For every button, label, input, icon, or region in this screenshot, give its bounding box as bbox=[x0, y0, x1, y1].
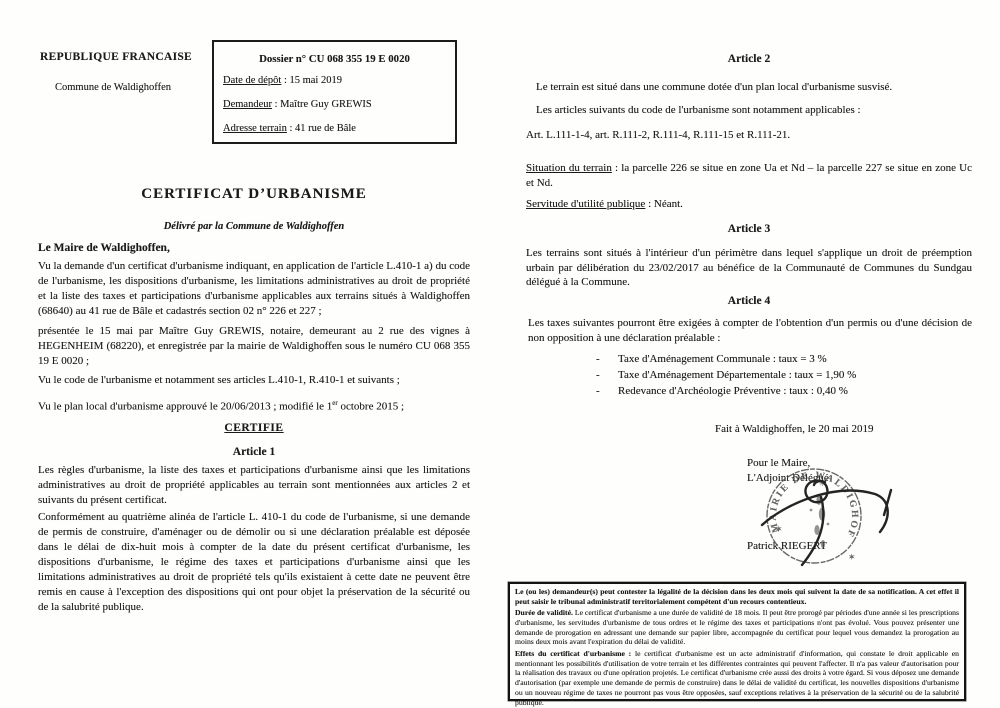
dossier-field-adresse: Adresse terrain : 41 rue de Bâle bbox=[223, 123, 356, 134]
dash-bullet bbox=[596, 351, 618, 367]
tax-item-text: Taxe d'Aménagement Départementale : taux… bbox=[618, 367, 956, 383]
mayor-stamp-and-signature: MAIRIE DE WALDIGHOFFEN ✶ ✶ ✳ bbox=[745, 452, 955, 597]
dossier-field-date-value: : 15 mai 2019 bbox=[281, 75, 342, 86]
legal-validity-text: Le certificat d'urbanisme a une durée de… bbox=[515, 608, 959, 646]
recital-paragraph-3: Vu le code de l'urbanisme et notamment s… bbox=[38, 373, 470, 388]
situation-label: Situation du terrain bbox=[526, 162, 612, 174]
tax-item-text: Taxe d'Aménagement Communale : taux = 3 … bbox=[618, 351, 956, 367]
dossier-number: Dossier n° CU 068 355 19 E 0020 bbox=[214, 53, 455, 65]
dossier-field-adresse-label: Adresse terrain bbox=[223, 123, 287, 134]
stamp-text: MAIRIE DE WALDIGHOFFEN bbox=[745, 452, 859, 540]
recital-4-post: octobre 2015 ; bbox=[338, 401, 404, 413]
tax-list: Taxe d'Aménagement Communale : taux = 3 … bbox=[596, 351, 956, 399]
svg-text:MAIRIE DE WALDIGHOFFEN: MAIRIE DE WALDIGHOFFEN bbox=[745, 452, 859, 540]
dossier-field-adresse-value: : 41 rue de Bâle bbox=[287, 123, 356, 134]
place-date-line: Fait à Waldighoffen, le 20 mai 2019 bbox=[715, 422, 874, 437]
situation-du-terrain: Situation du terrain : la parcelle 226 s… bbox=[526, 161, 972, 190]
article-2-codes: Art. L.111-1-4, art. R.111-2, R.111-4, R… bbox=[526, 128, 972, 143]
legal-effects-paragraph: Effets du certificat d'urbanisme : le ce… bbox=[515, 649, 959, 708]
dossier-field-demandeur-label: Demandeur bbox=[223, 99, 272, 110]
dossier-field-date: Date de dépôt : 15 mai 2019 bbox=[223, 75, 342, 86]
commune-subheading: Commune de Waldighoffen bbox=[55, 80, 171, 95]
round-stamp-icon: MAIRIE DE WALDIGHOFFEN ✶ ✶ ✳ bbox=[745, 452, 861, 563]
tax-item-text: Redevance d'Archéologie Préventive : tau… bbox=[618, 383, 956, 399]
dossier-field-date-label: Date de dépôt bbox=[223, 75, 281, 86]
article-1-heading: Article 1 bbox=[38, 445, 470, 460]
legal-effects-label: Effets du certificat d'urbanisme : bbox=[515, 649, 631, 658]
servitude-value: : Néant. bbox=[645, 198, 683, 210]
article-2-paragraph-2: Les articles suivants du code de l'urban… bbox=[536, 103, 972, 118]
stamp-star-icon: ✶ bbox=[775, 524, 783, 534]
article-3-paragraph-1: Les terrains sont situés à l'intérieur d… bbox=[526, 246, 972, 290]
recital-paragraph-2: présentée le 15 mai par Maître Guy GREWI… bbox=[38, 324, 470, 369]
recital-4-pre: Vu le plan local d'urbanisme approuvé le… bbox=[38, 401, 332, 413]
article-3-heading: Article 3 bbox=[526, 222, 972, 237]
article-1-paragraph-1: Les règles d'urbanisme, la liste des tax… bbox=[38, 463, 470, 508]
salutation: Le Maire de Waldighoffen, bbox=[38, 241, 170, 256]
servitude-label: Servitude d'utilité publique bbox=[526, 198, 645, 210]
recital-paragraph-1: Vu la demande d'un certificat d'urbanism… bbox=[38, 259, 470, 319]
legal-validity-paragraph: Durée de validité. Le certificat d'urban… bbox=[515, 608, 959, 647]
stamp-star-icon: ✶ bbox=[848, 552, 856, 562]
legal-notice-box: Le (ou les) demandeur(s) peut contester … bbox=[508, 582, 966, 701]
article-1-paragraph-2: Conformément au quatrième alinéa de l'ar… bbox=[38, 510, 470, 615]
recital-paragraph-4: Vu le plan local d'urbanisme approuvé le… bbox=[38, 396, 470, 415]
dossier-field-demandeur: Demandeur : Maître Guy GREWIS bbox=[223, 99, 372, 110]
dossier-reference-box: Dossier n° CU 068 355 19 E 0020 Date de … bbox=[212, 40, 457, 144]
tax-list-item: Redevance d'Archéologie Préventive : tau… bbox=[596, 383, 956, 399]
servitude-utilite-publique: Servitude d'utilité publique : Néant. bbox=[526, 197, 972, 212]
document-title: CERTIFICAT D’URBANISME bbox=[38, 187, 470, 202]
tax-list-item: Taxe d'Aménagement Départementale : taux… bbox=[596, 367, 956, 383]
certifie-heading: CERTIFIE bbox=[38, 421, 470, 436]
article-2-heading: Article 2 bbox=[526, 52, 972, 67]
dash-bullet bbox=[596, 367, 618, 383]
article-2-paragraph-1: Le terrain est situé dans une commune do… bbox=[536, 80, 972, 95]
republic-heading: REPUBLIQUE FRANCAISE bbox=[40, 50, 192, 65]
article-4-intro: Les taxes suivantes pourront être exigée… bbox=[528, 316, 972, 345]
legal-validity-label: Durée de validité. bbox=[515, 608, 573, 617]
scanned-certificate-page: REPUBLIQUE FRANCAISE Commune de Waldigho… bbox=[0, 0, 1000, 708]
dossier-field-demandeur-value: : Maître Guy GREWIS bbox=[272, 99, 372, 110]
legal-appeal-paragraph: Le (ou les) demandeur(s) peut contester … bbox=[515, 587, 959, 607]
article-4-heading: Article 4 bbox=[526, 294, 972, 309]
dash-bullet bbox=[596, 383, 618, 399]
tax-list-item: Taxe d'Aménagement Communale : taux = 3 … bbox=[596, 351, 956, 367]
document-subtitle: Délivré par la Commune de Waldighoffen bbox=[38, 219, 470, 234]
